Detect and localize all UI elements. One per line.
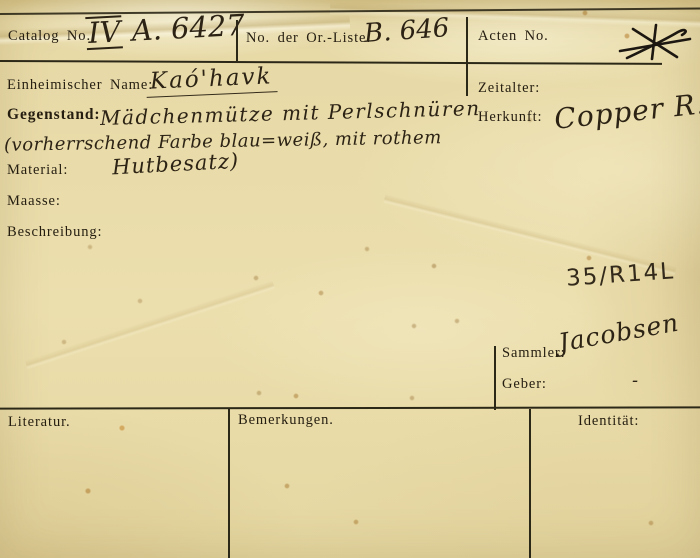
beschreibung-label: Beschreibung: — [7, 224, 102, 241]
gegenstand-value-line1: Mädchenmütze mit Perlschnüren — [100, 96, 481, 130]
header-bottom-line — [0, 60, 662, 65]
orliste-label: No. der Or.-Liste: — [246, 30, 371, 47]
top-border-line — [0, 8, 700, 15]
literatur-label: Literatur. — [8, 414, 71, 431]
paper-crease — [25, 280, 275, 370]
maasse-label: Maasse: — [7, 193, 61, 210]
acten-no-label: Acten No. — [478, 28, 549, 45]
catalog-no-number: A. 6427 — [131, 8, 246, 48]
catalog-no-label: Catalog No. — [8, 28, 91, 45]
herkunft-value: Copper R. — [553, 87, 700, 136]
identitaet-label: Identität: — [578, 413, 639, 430]
bemerkungen-label: Bemerkungen. — [238, 412, 334, 429]
catalog-no-value: IV A. 6427 — [85, 8, 245, 50]
sammler-label: Sammler: — [502, 345, 566, 362]
einheimischer-name-value: Kaó'havk — [145, 63, 277, 98]
inventory-note: 35/R14L — [565, 258, 676, 292]
herkunft-label: Herkunft: — [478, 109, 542, 126]
catalog-card: Catalog No. IV A. 6427 No. der Or.-Liste… — [0, 0, 700, 558]
sammler-signature: Jacobsen — [556, 308, 681, 358]
divider-literatur-bemerkungen — [228, 409, 230, 558]
footer-top-line — [0, 406, 700, 409]
gegenstand-label: Gegenstand: — [7, 106, 100, 124]
divider-bemerkungen-identitaet — [529, 409, 531, 558]
zeitalter-label: Zeitalter: — [478, 80, 540, 97]
divider-orliste-acten — [466, 17, 468, 96]
geber-value: - — [632, 370, 638, 391]
divider-sammler-left — [494, 346, 496, 410]
acten-asterisk-icon — [612, 18, 696, 64]
orliste-value: B. 646 — [363, 13, 450, 49]
catalog-no-roman-numeral: IV — [85, 15, 123, 50]
einheimischer-name-label: Einheimischer Name: — [7, 77, 153, 94]
material-label: Material: — [7, 162, 68, 179]
geber-label: Geber: — [502, 376, 547, 393]
